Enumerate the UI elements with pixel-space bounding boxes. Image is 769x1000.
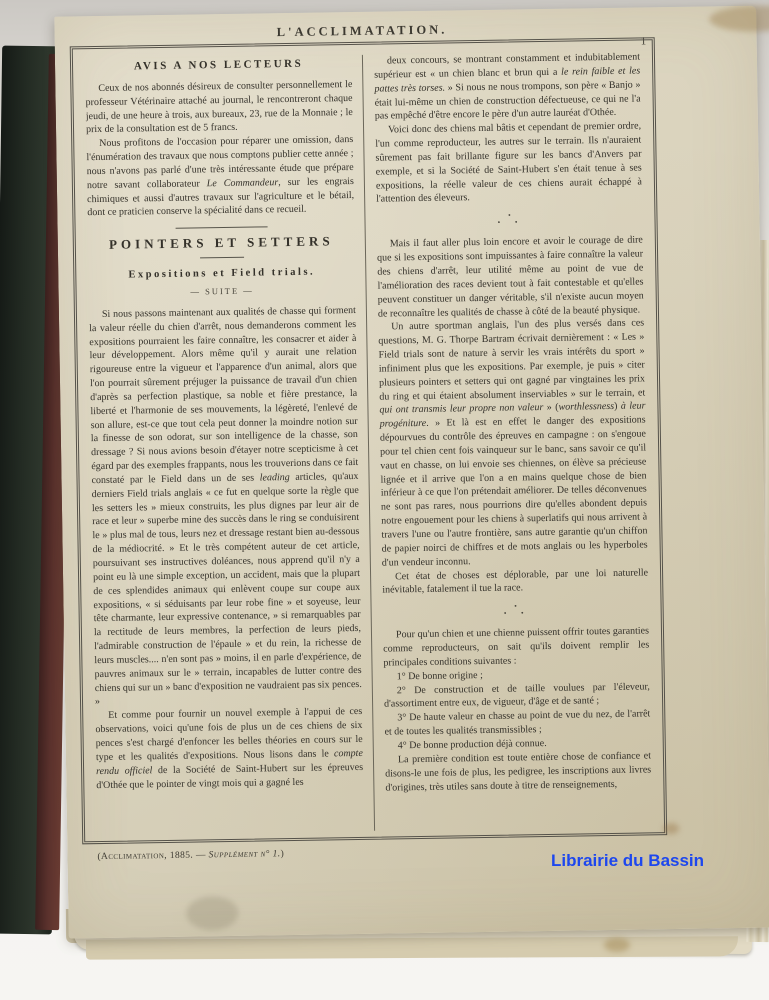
asterism-dots: · · — [497, 220, 522, 227]
article-paragraph: Mais il faut aller plus loin encore et a… — [377, 234, 644, 321]
paper-stain — [709, 5, 769, 32]
paper-stain — [186, 896, 239, 931]
article-paragraph: Voici donc des chiens mal bâtis et cepen… — [375, 120, 642, 207]
article-paragraph: La première condition est toute entière … — [385, 749, 652, 795]
asterism-dots: · · — [503, 611, 528, 618]
article-paragraph: deux concours, se montrant constamment e… — [374, 50, 641, 123]
footer-imprint: (Acclimatation, 1885. — Supplément n° 1.… — [97, 849, 284, 862]
article-heading: POINTERS ET SETTERS — [88, 234, 355, 252]
article-paragraph: Si nous passons maintenant aux qualités … — [89, 304, 362, 710]
condition-item: 3° De haute valeur en chasse au point de… — [384, 708, 650, 740]
notice-paragraph: Nous profitons de l'occasion pour répare… — [86, 133, 354, 220]
notice-paragraph: Ceux de nos abonnés désireux de consulte… — [85, 78, 353, 138]
bookseller-watermark: Librairie du Bassin — [551, 851, 704, 871]
article-paragraph: Cet état de choses est déplorable, par u… — [382, 566, 648, 598]
suite-label: — SUITE — — [89, 283, 356, 301]
page-stack-edge — [86, 936, 738, 959]
article-paragraph: Et comme pour fournir un nouvel exemple … — [95, 705, 363, 792]
page-border-frame: AVIS A NOS LECTEURS Ceux de nos abonnés … — [70, 37, 667, 844]
section-rule — [175, 227, 267, 229]
section-rule — [200, 257, 244, 259]
asterism-separator: · · · — [383, 602, 649, 620]
notice-heading: AVIS A NOS LECTEURS — [85, 57, 352, 75]
article-paragraph: Un autre sportman anglais, l'un des plus… — [378, 317, 648, 570]
left-column: AVIS A NOS LECTEURS Ceux de nos abonnés … — [85, 55, 364, 835]
journal-page: L'ACCLIMATATION. 1 AVIS A NOS LECTEURS C… — [54, 6, 769, 939]
article-subheading: Expositions et Field trials. — [88, 265, 355, 283]
asterism-separator: · · · — [376, 211, 642, 229]
article-paragraph: Pour qu'un chien et une chienne puissent… — [383, 625, 650, 671]
right-column: deux concours, se montrant constamment e… — [363, 50, 652, 830]
condition-item: 2° De construction et de taille voulues … — [384, 680, 650, 712]
